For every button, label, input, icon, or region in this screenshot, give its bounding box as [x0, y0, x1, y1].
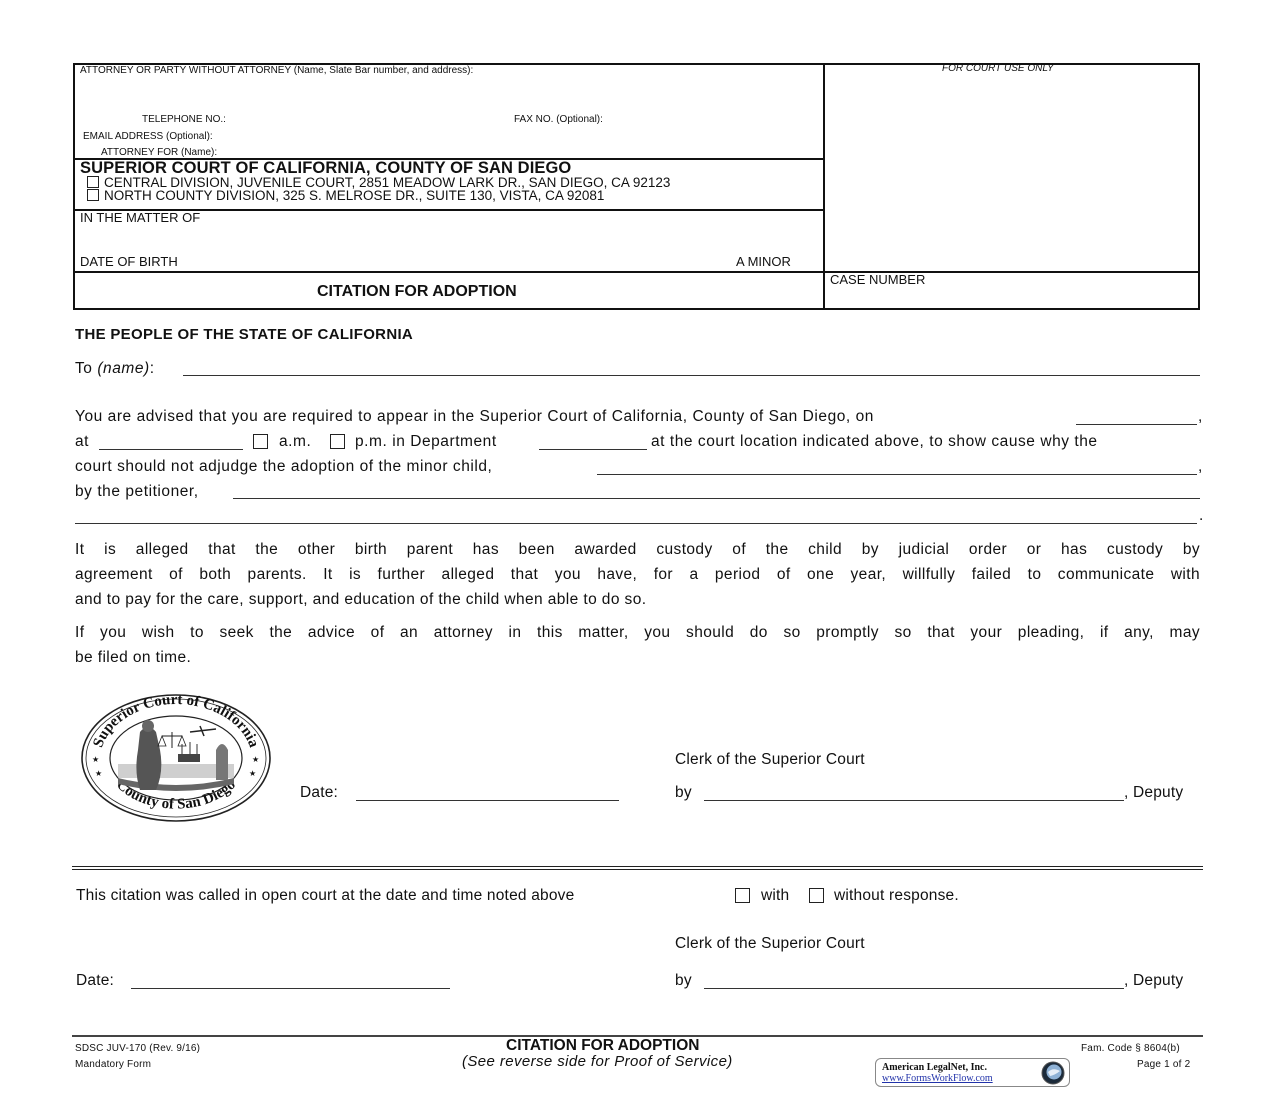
to-line: To (name): [75, 360, 155, 378]
alleged-line-2: agreement of both parents. It is further… [75, 566, 1200, 584]
by-label-2: by [675, 972, 692, 990]
attorney-for-field[interactable] [248, 145, 808, 157]
vendor-badge[interactable]: American LegalNet, Inc. www.FormsWorkFlo… [875, 1058, 1070, 1087]
comma-1: , [1198, 408, 1203, 426]
called-text: This citation was called in open court a… [76, 887, 574, 905]
to-name-label: (name) [97, 360, 149, 377]
rule-title [73, 271, 1200, 273]
case-number-label: CASE NUMBER [830, 272, 925, 287]
at-label: at [75, 433, 89, 451]
without-label: without response. [834, 887, 959, 905]
telephone-field[interactable] [250, 112, 500, 126]
appear-time-field[interactable] [99, 449, 243, 450]
clerk-label-2: Clerk of the Superior Court [675, 935, 865, 953]
deputy-signature-field-2[interactable] [704, 988, 1124, 989]
statute-code: Fam. Code § 8604(b) [1081, 1043, 1180, 1054]
dob-label: DATE OF BIRTH [80, 254, 178, 269]
advised-line-2-tail: at the court location indicated above, t… [651, 433, 1098, 451]
appear-date-field[interactable] [1076, 424, 1197, 425]
vendor-link[interactable]: www.FormsWorkFlow.com [882, 1073, 993, 1084]
alleged-line-3: and to pay for the care, support, and ed… [75, 591, 646, 609]
period-1: . [1199, 507, 1204, 525]
fax-label: FAX NO. (Optional): [514, 114, 603, 125]
clerk-label-1: Clerk of the Superior Court [675, 751, 865, 769]
with-response-checkbox[interactable] [735, 888, 750, 903]
alleged-line-1: It is alleged that the other birth paren… [75, 541, 1200, 559]
petitioner-field-continued[interactable] [75, 523, 1197, 524]
attorney-label: ATTORNEY OR PARTY WITHOUT ATTORNEY (Name… [80, 65, 473, 76]
matter-field[interactable] [80, 226, 810, 252]
footer-subtitle: (See reverse side for Proof of Service) [462, 1053, 733, 1070]
to-colon: : [150, 360, 155, 377]
division-north-label: NORTH COUNTY DIVISION, 325 S. MELROSE DR… [104, 188, 604, 203]
deputy-signature-field-1[interactable] [704, 800, 1124, 801]
email-label: EMAIL ADDRESS (Optional): [83, 131, 213, 142]
am-label: a.m. [279, 433, 311, 451]
with-label: with [761, 887, 789, 905]
section-divider-top [72, 866, 1203, 867]
petitioner-field[interactable] [233, 498, 1200, 499]
svg-text:★: ★ [249, 769, 256, 778]
date-field-2[interactable] [131, 988, 450, 989]
checkbox-central-division[interactable] [87, 176, 99, 188]
deputy-label-1: , Deputy [1124, 784, 1183, 802]
svg-text:★: ★ [92, 755, 99, 764]
pm-checkbox[interactable] [330, 434, 345, 449]
globe-logo-icon [1041, 1061, 1065, 1085]
department-field[interactable] [539, 449, 647, 450]
fax-field[interactable] [630, 112, 810, 126]
attorney-field[interactable] [80, 78, 820, 110]
email-field[interactable] [248, 129, 808, 143]
svg-text:Superior Court of California: Superior Court of California [90, 692, 262, 750]
mandatory-form: Mandatory Form [75, 1059, 151, 1070]
advised-line-3: court should not adjudge the adoption of… [75, 458, 492, 476]
petitioner-label: by the petitioner, [75, 483, 199, 501]
matter-label: IN THE MATTER OF [80, 210, 200, 225]
page-number: Page 1 of 2 [1137, 1059, 1190, 1070]
section-divider-bottom [72, 869, 1203, 870]
svg-text:★: ★ [95, 769, 102, 778]
by-label-1: by [675, 784, 692, 802]
case-number-field[interactable] [830, 288, 1190, 306]
pm-label: p.m. in Department [355, 433, 497, 451]
checkbox-north-division[interactable] [87, 189, 99, 201]
date-label-1: Date: [300, 784, 338, 802]
without-response-checkbox[interactable] [809, 888, 824, 903]
am-checkbox[interactable] [253, 434, 268, 449]
date-field-1[interactable] [356, 800, 619, 801]
date-label-2: Date: [76, 972, 114, 990]
court-use-label: FOR COURT USE ONLY [942, 63, 1054, 74]
telephone-label: TELEPHONE NO.: [142, 114, 226, 125]
to-label: To [75, 360, 97, 377]
form-id: SDSC JUV-170 (Rev. 9/16) [75, 1043, 200, 1054]
people-heading: THE PEOPLE OF THE STATE OF CALIFORNIA [75, 326, 413, 343]
deputy-label-2: , Deputy [1124, 972, 1183, 990]
attorney-for-label: ATTORNEY FOR (Name): [101, 147, 217, 158]
attorney-advice-line-1: If you wish to seek the advice of an att… [75, 624, 1200, 642]
column-divider [823, 63, 825, 310]
svg-text:★: ★ [252, 755, 259, 764]
vendor-name: American LegalNet, Inc. [882, 1062, 987, 1073]
comma-2: , [1198, 458, 1203, 476]
division-north[interactable]: NORTH COUNTY DIVISION, 325 S. MELROSE DR… [87, 188, 604, 203]
advised-line-1: You are advised that you are required to… [75, 408, 874, 426]
to-name-field[interactable] [183, 375, 1200, 376]
court-seal-icon: Superior Court of California County of S… [78, 692, 274, 824]
minor-label: A MINOR [736, 254, 791, 269]
form-title: CITATION FOR ADOPTION [317, 283, 517, 301]
attorney-advice-line-2: be filed on time. [75, 649, 191, 667]
minor-child-field[interactable] [597, 474, 1197, 475]
